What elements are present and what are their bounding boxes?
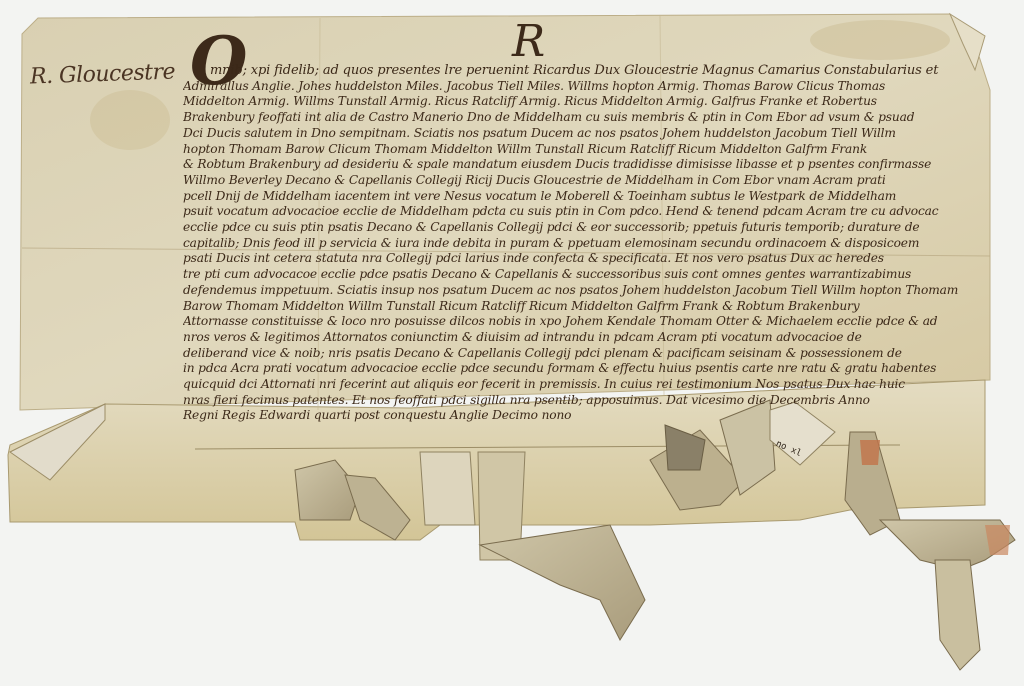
text-line: Admirallus Anglie. Johes huddelston Mile… [183,79,983,95]
text-line: nros veros & legitimos Attornatos coniun… [183,330,983,346]
text-line: Willmo Beverley Decano & Capellanis Coll… [183,173,983,189]
document-viewer: R. Gloucestre O R mnib; xpi fidelib; ad … [0,0,1024,686]
text-line: deliberand vice & noib; nris psatis Deca… [183,346,983,362]
charter-text: mnib; xpi fidelib; ad quos presentes lre… [183,63,983,424]
text-line: psati Ducis int cetera statuta nra Colle… [183,251,983,267]
text-line: Regni Regis Edwardi quarti post conquest… [183,408,983,424]
text-line: pcell Dnij de Middelham iacentem int ver… [183,189,983,205]
text-line: tre pti cum advocacoe ecclie pdce psatis… [183,267,983,283]
text-line: Middelton Armig. Willms Tunstall Armig. … [183,94,983,110]
text-line: ecclie pdce cu suis ptin psatis Decano &… [183,220,983,236]
text-line: mnib; xpi fidelib; ad quos presentes lre… [183,63,983,79]
text-line: hopton Thomam Barow Clicum Thomam Middel… [183,142,983,158]
text-line: nras fieri fecimus patentes. Et nos feof… [183,393,983,409]
text-line: defendemus imppetuum. Sciatis insup nos … [183,283,983,299]
text-line: quicquid dci Attornati nri fecerint aut … [183,377,983,393]
text-line: & Robtum Brakenbury ad desideriu & spale… [183,157,983,173]
text-line: Attornasse constituisse & loco nro posui… [183,314,983,330]
text-line: Brakenbury feoffati int alia de Castro M… [183,110,983,126]
text-line: Dci Ducis salutem in Dno sempitnam. Scia… [183,126,983,142]
text-line: Barow Thomam Middelton Willm Tunstall Ri… [183,299,983,315]
margin-heading: R. Gloucestre [30,59,176,89]
text-line: psuit vocatum advocacioe ecclie de Midde… [183,204,983,220]
text-line: capitalib; Dnis feod ill p servicia & iu… [183,236,983,252]
text-line: in pdca Acra prati vocatum advocacioe ec… [183,361,983,377]
ricardus-initial: R [512,20,545,64]
